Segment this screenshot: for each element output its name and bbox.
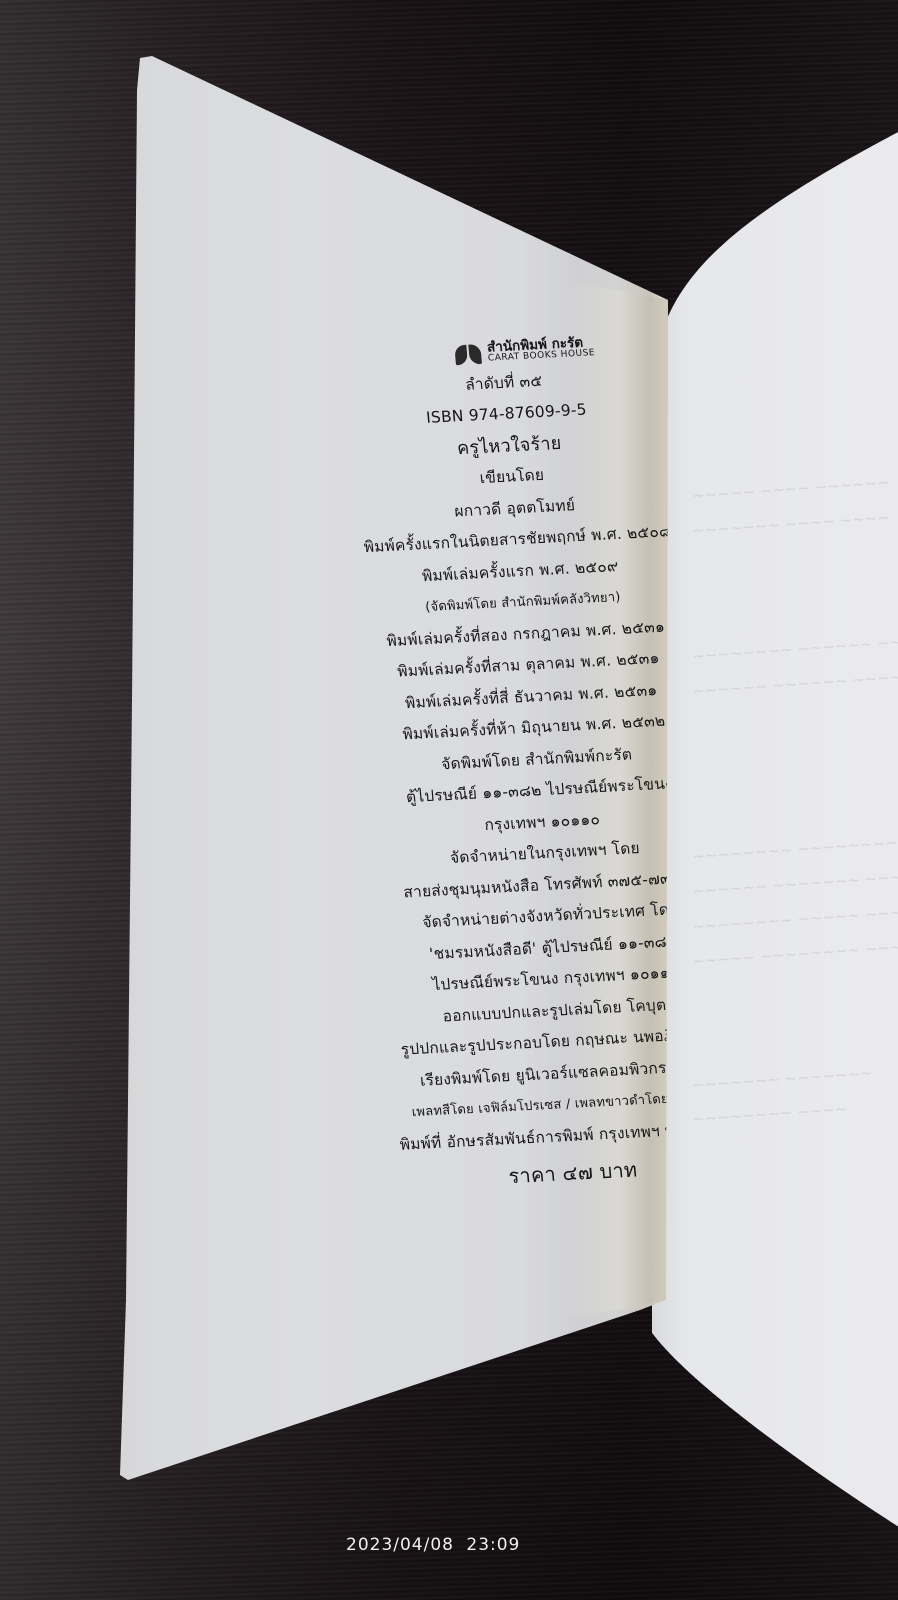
bleed-through-text: ~~~~~~~~ ~~~~~~~~~ — [692, 832, 898, 865]
photo-timestamp: 2023/04/08 23:09 — [346, 1535, 520, 1555]
bleed-through-text: ~~~~~ ~~~~ ~~~~~~ — [692, 473, 891, 505]
bleed-through-text: ~~~~~~~ ~~~~~~~ — [692, 1064, 874, 1095]
bleed-through-text: ~~~~~~~~ ~~~~~~ ~~ — [692, 633, 898, 666]
bleed-through-text: ~~~~~~ ~~~~~~~ ~~~ — [692, 868, 898, 901]
bleed-through-text: ~~~~~~~ ~~~~ ~~~~ — [692, 508, 891, 540]
leaf-logo-icon — [455, 342, 483, 365]
facing-page: ~~~~~ ~~~~ ~~~~~~ ~~~~~~~ ~~~~ ~~~~ ~~~~… — [652, 60, 898, 1560]
bleed-through-text: ~~~~~~~~ ~~~~~ ~~~~ — [692, 902, 898, 936]
bleed-through-text: ~~~~~ ~~~~~~~~ ~~~ — [692, 938, 898, 971]
bleed-through-text: ~~~~~~~~ ~~~~ — [692, 1100, 848, 1129]
bleed-through-text: ~~~~~~ ~~~~~~ ~~~~ — [692, 668, 898, 701]
